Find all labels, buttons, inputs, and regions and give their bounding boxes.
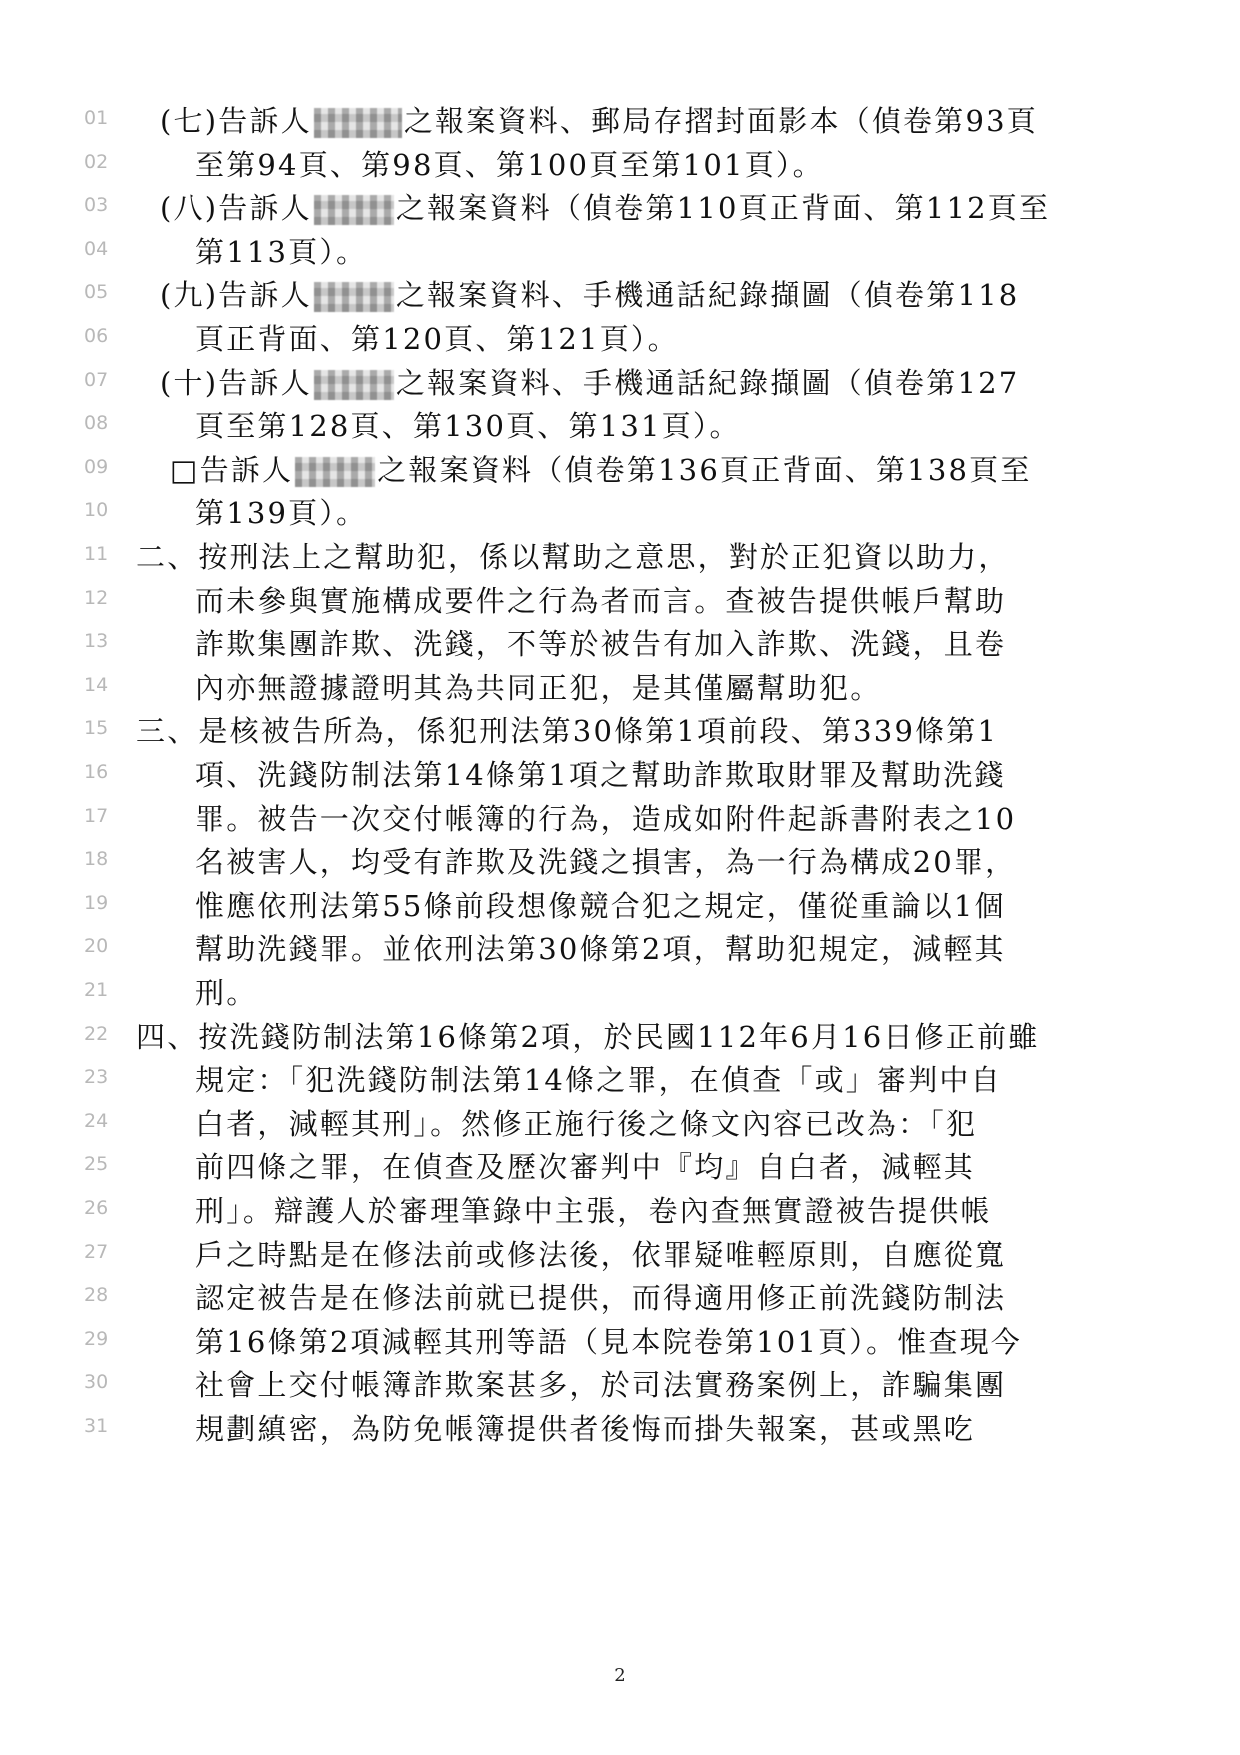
document-line: 27戶之時點是在修法前或修法後，依罪疑唯輕原則，自應從寬 [0, 1231, 1240, 1279]
document-line: 16項、洗錢防制法第14條第1項之幫助詐欺取財罪及幫助洗錢 [0, 751, 1240, 799]
line-number: 18 [84, 848, 124, 870]
line-text: (九)告訴人之報案資料、手機通話紀錄擷圖（偵卷第118 [160, 271, 1019, 319]
line-text: 四、按洗錢防制法第16條第2項，於民國112年6月16日修正前雖 [136, 1013, 1039, 1061]
text-segment: 告訴人 [218, 278, 312, 312]
line-text: 至第94頁、第98頁、第100頁至第101頁）。 [195, 141, 824, 189]
document-line: 18名被害人，均受有詐欺及洗錢之損害，為一行為構成20罪， [0, 838, 1240, 886]
text-segment: 之報案資料、郵局存摺封面影本（偵卷第93頁 [404, 104, 1038, 138]
line-text: (八)告訴人之報案資料（偵卷第110頁正背面、第112頁至 [160, 184, 1050, 232]
text-segment: 項、洗錢防制法第14條第1項之幫助詐欺取財罪及幫助洗錢 [195, 758, 1006, 792]
text-segment: 按洗錢防制法第16條第2項，於民國112年6月16日修正前雖 [198, 1020, 1039, 1054]
document-line: 28認定被告是在修法前就已提供，而得適用修正前洗錢防制法 [0, 1274, 1240, 1322]
document-line: 01(七)告訴人之報案資料、郵局存摺封面影本（偵卷第93頁 [0, 97, 1240, 145]
redacted-name [295, 457, 375, 487]
text-segment: 之報案資料、手機通話紀錄擷圖（偵卷第127 [396, 366, 1020, 400]
line-number: 16 [84, 761, 124, 783]
line-text: 認定被告是在修法前就已提供，而得適用修正前洗錢防制法 [195, 1274, 1006, 1322]
text-segment: 至第94頁、第98頁、第100頁至第101頁）。 [195, 148, 824, 182]
document-line: 26刑」。辯護人於審理筆錄中主張，卷內查無實證被告提供帳 [0, 1187, 1240, 1235]
text-segment: 頁正背面、第120頁、第121頁）。 [195, 322, 679, 356]
document-line: 05(九)告訴人之報案資料、手機通話紀錄擷圖（偵卷第118 [0, 271, 1240, 319]
text-segment: 戶之時點是在修法前或修法後，依罪疑唯輕原則，自應從寬 [195, 1238, 1006, 1272]
redacted-name [314, 282, 394, 312]
text-segment: 內亦無證據證明其為共同正犯，是其僅屬幫助犯。 [195, 671, 881, 705]
line-number: 19 [84, 892, 124, 914]
line-text: 幫助洗錢罪。並依刑法第30條第2項，幫助犯規定，減輕其 [195, 925, 1006, 973]
line-text: 社會上交付帳簿詐欺案甚多，於司法實務案例上，詐騙集團 [195, 1361, 1006, 1409]
text-segment: 社會上交付帳簿詐欺案甚多，於司法實務案例上，詐騙集團 [195, 1368, 1006, 1402]
line-number: 29 [84, 1328, 124, 1350]
line-text: (七)告訴人之報案資料、郵局存摺封面影本（偵卷第93頁 [160, 97, 1038, 145]
section-marker: 三、 [136, 707, 198, 755]
text-segment: 第139頁）。 [195, 496, 367, 530]
line-number: 03 [84, 194, 124, 216]
item-marker: (十) [160, 359, 218, 407]
document-line: 20幫助洗錢罪。並依刑法第30條第2項，幫助犯規定，減輕其 [0, 925, 1240, 973]
text-segment: 告訴人 [218, 104, 312, 138]
line-text: 第113頁）。 [195, 228, 367, 276]
document-line: 12而未參與實施構成要件之行為者而言。查被告提供帳戶幫助 [0, 577, 1240, 625]
line-text: 第139頁）。 [195, 489, 367, 537]
item-marker: □ [170, 446, 200, 494]
document-line: 29第16條第2項減輕其刑等語（見本院卷第101頁）。惟查現今 [0, 1318, 1240, 1366]
text-segment: 按刑法上之幫助犯，係以幫助之意思，對於正犯資以助力， [198, 540, 1009, 574]
text-segment: 之報案資料、手機通話紀錄擷圖（偵卷第118 [396, 278, 1020, 312]
document-line: 08頁至第128頁、第130頁、第131頁）。 [0, 402, 1240, 450]
line-text: 頁至第128頁、第130頁、第131頁）。 [195, 402, 741, 450]
line-text: 二、按刑法上之幫助犯，係以幫助之意思，對於正犯資以助力， [136, 533, 1010, 581]
document-line: 15三、是核被告所為，係犯刑法第30條第1項前段、第339條第1 [0, 707, 1240, 755]
page-number: 2 [0, 1665, 1240, 1686]
redacted-name [314, 195, 394, 225]
line-text: □告訴人之報案資料（偵卷第136頁正背面、第138頁至 [170, 446, 1032, 494]
line-number: 28 [84, 1284, 124, 1306]
item-marker: (九) [160, 271, 218, 319]
document-line: 19惟應依刑法第55條前段想像競合犯之規定，僅從重論以1個 [0, 882, 1240, 930]
document-line: 17罪。被告一次交付帳簿的行為，造成如附件起訴書附表之10 [0, 795, 1240, 843]
text-segment: 告訴人 [218, 191, 312, 225]
document-line: 21刑。 [0, 969, 1240, 1017]
text-segment: 罪。被告一次交付帳簿的行為，造成如附件起訴書附表之10 [195, 802, 1016, 836]
line-text: 而未參與實施構成要件之行為者而言。查被告提供帳戶幫助 [195, 577, 1006, 625]
section-marker: 四、 [136, 1013, 198, 1061]
line-number: 23 [84, 1066, 124, 1088]
document-line: 11二、按刑法上之幫助犯，係以幫助之意思，對於正犯資以助力， [0, 533, 1240, 581]
line-number: 05 [84, 281, 124, 303]
line-number: 06 [84, 325, 124, 347]
document-line: 30社會上交付帳簿詐欺案甚多，於司法實務案例上，詐騙集團 [0, 1361, 1240, 1409]
line-text: 前四條之罪，在偵查及歷次審判中『均』自白者，減輕其 [195, 1143, 975, 1191]
line-number: 15 [84, 717, 124, 739]
text-segment: 第113頁）。 [195, 235, 367, 269]
line-text: (十)告訴人之報案資料、手機通話紀錄擷圖（偵卷第127 [160, 359, 1019, 407]
line-number: 13 [84, 630, 124, 652]
redacted-name [314, 108, 402, 138]
document-line: 22四、按洗錢防制法第16條第2項，於民國112年6月16日修正前雖 [0, 1013, 1240, 1061]
item-marker: (八) [160, 184, 218, 232]
line-number: 12 [84, 587, 124, 609]
section-marker: 二、 [136, 533, 198, 581]
text-segment: 詐欺集團詐欺、洗錢，不等於被告有加入詐欺、洗錢，且卷 [195, 627, 1006, 661]
text-segment: 之報案資料（偵卷第136頁正背面、第138頁至 [377, 453, 1031, 487]
document-line: 07(十)告訴人之報案資料、手機通話紀錄擷圖（偵卷第127 [0, 359, 1240, 407]
line-text: 規定：「犯洗錢防制法第14條之罪，在偵查「或」審判中自 [195, 1056, 1002, 1104]
line-number: 04 [84, 238, 124, 260]
line-number: 08 [84, 412, 124, 434]
line-text: 刑」。辯護人於審理筆錄中主張，卷內查無實證被告提供帳 [195, 1187, 992, 1235]
line-text: 戶之時點是在修法前或修法後，依罪疑唯輕原則，自應從寬 [195, 1231, 1006, 1279]
document-line: 13詐欺集團詐欺、洗錢，不等於被告有加入詐欺、洗錢，且卷 [0, 620, 1240, 668]
line-number: 26 [84, 1197, 124, 1219]
text-segment: 而未參與實施構成要件之行為者而言。查被告提供帳戶幫助 [195, 584, 1006, 618]
line-number: 14 [84, 674, 124, 696]
line-number: 22 [84, 1023, 124, 1045]
document-line: 10第139頁）。 [0, 489, 1240, 537]
line-text: 項、洗錢防制法第14條第1項之幫助詐欺取財罪及幫助洗錢 [195, 751, 1006, 799]
text-segment: 惟應依刑法第55條前段想像競合犯之規定，僅從重論以1個 [195, 889, 1006, 923]
line-text: 詐欺集團詐欺、洗錢，不等於被告有加入詐欺、洗錢，且卷 [195, 620, 1006, 668]
redacted-name [314, 370, 394, 400]
line-text: 刑。 [195, 969, 257, 1017]
document-line: 31規劃縝密，為防免帳簿提供者後悔而掛失報案，甚或黑吃 [0, 1405, 1240, 1453]
document-line: 03(八)告訴人之報案資料（偵卷第110頁正背面、第112頁至 [0, 184, 1240, 232]
text-segment: 頁至第128頁、第130頁、第131頁）。 [195, 409, 741, 443]
text-segment: 之報案資料（偵卷第110頁正背面、第112頁至 [396, 191, 1050, 225]
line-text: 三、是核被告所為，係犯刑法第30條第1項前段、第339條第1 [136, 707, 998, 755]
line-text: 內亦無證據證明其為共同正犯，是其僅屬幫助犯。 [195, 664, 881, 712]
text-segment: 第16條第2項減輕其刑等語（見本院卷第101頁）。惟查現今 [195, 1325, 1022, 1359]
line-number: 02 [84, 151, 124, 173]
line-number: 25 [84, 1153, 124, 1175]
document-line: 14內亦無證據證明其為共同正犯，是其僅屬幫助犯。 [0, 664, 1240, 712]
line-text: 惟應依刑法第55條前段想像競合犯之規定，僅從重論以1個 [195, 882, 1006, 930]
document-line: 24白者，減輕其刑」。然修正施行後之條文內容已改為：「犯 [0, 1100, 1240, 1148]
line-text: 名被害人，均受有詐欺及洗錢之損害，為一行為構成20罪， [195, 838, 1016, 886]
text-segment: 前四條之罪，在偵查及歷次審判中『均』自白者，減輕其 [195, 1150, 975, 1184]
line-number: 24 [84, 1110, 124, 1132]
document-line: 09□告訴人之報案資料（偵卷第136頁正背面、第138頁至 [0, 446, 1240, 494]
line-text: 白者，減輕其刑」。然修正施行後之條文內容已改為：「犯 [195, 1100, 977, 1148]
line-number: 11 [84, 543, 124, 565]
line-number: 20 [84, 935, 124, 957]
text-segment: 刑」。辯護人於審理筆錄中主張，卷內查無實證被告提供帳 [195, 1194, 992, 1228]
document-line: 04第113頁）。 [0, 228, 1240, 276]
line-number: 07 [84, 369, 124, 391]
document-page: 01(七)告訴人之報案資料、郵局存摺封面影本（偵卷第93頁02至第94頁、第98… [0, 0, 1240, 1755]
text-segment: 刑。 [195, 976, 257, 1010]
line-number: 21 [84, 979, 124, 1001]
line-text: 第16條第2項減輕其刑等語（見本院卷第101頁）。惟查現今 [195, 1318, 1022, 1366]
text-segment: 幫助洗錢罪。並依刑法第30條第2項，幫助犯規定，減輕其 [195, 932, 1006, 966]
line-number: 09 [84, 456, 124, 478]
line-number: 10 [84, 499, 124, 521]
line-text: 規劃縝密，為防免帳簿提供者後悔而掛失報案，甚或黑吃 [195, 1405, 975, 1453]
document-line: 23規定：「犯洗錢防制法第14條之罪，在偵查「或」審判中自 [0, 1056, 1240, 1104]
document-line: 06頁正背面、第120頁、第121頁）。 [0, 315, 1240, 363]
line-number: 27 [84, 1241, 124, 1263]
text-segment: 告訴人 [218, 366, 312, 400]
line-text: 頁正背面、第120頁、第121頁）。 [195, 315, 679, 363]
line-number: 01 [84, 107, 124, 129]
text-segment: 名被害人，均受有詐欺及洗錢之損害，為一行為構成20罪， [195, 845, 1016, 879]
document-line: 02至第94頁、第98頁、第100頁至第101頁）。 [0, 141, 1240, 189]
line-number: 31 [84, 1415, 124, 1437]
line-number: 17 [84, 805, 124, 827]
text-segment: 規定：「犯洗錢防制法第14條之罪，在偵查「或」審判中自 [195, 1063, 1002, 1097]
line-text: 罪。被告一次交付帳簿的行為，造成如附件起訴書附表之10 [195, 795, 1016, 843]
text-segment: 是核被告所為，係犯刑法第30條第1項前段、第339條第1 [198, 714, 998, 748]
text-segment: 告訴人 [200, 453, 294, 487]
document-line: 25前四條之罪，在偵查及歷次審判中『均』自白者，減輕其 [0, 1143, 1240, 1191]
text-segment: 規劃縝密，為防免帳簿提供者後悔而掛失報案，甚或黑吃 [195, 1412, 975, 1446]
item-marker: (七) [160, 97, 218, 145]
text-segment: 白者，減輕其刑」。然修正施行後之條文內容已改為：「犯 [195, 1107, 977, 1141]
line-number: 30 [84, 1371, 124, 1393]
text-segment: 認定被告是在修法前就已提供，而得適用修正前洗錢防制法 [195, 1281, 1006, 1315]
